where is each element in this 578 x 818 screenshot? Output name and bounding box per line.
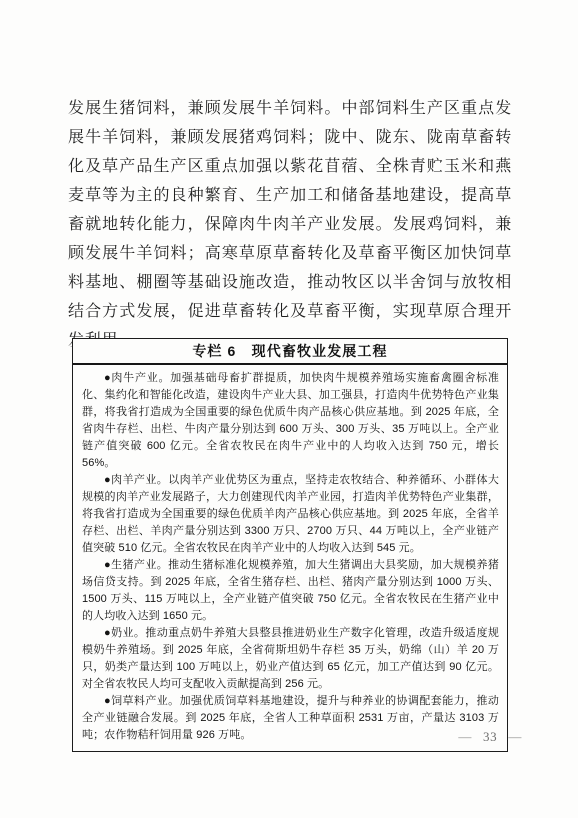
box-bullet-dairy-industry: ●奶业。推动重点奶牛养殖大县整县推进奶业生产数字化管理，改造升级适度规模奶牛养殖… xyxy=(82,625,499,693)
box-bullet-beef-cattle-industry: ●肉牛产业。加强基础母畜扩群提质，加快肉牛规模养殖场实施畜禽圈舍标准化、集约化和… xyxy=(82,370,499,472)
box-bullet-pig-industry: ●生猪产业。推动生猪标准化规模养殖，加大生猪调出大县奖励，加大规模养猪场信贷支持… xyxy=(82,557,499,625)
box-bullet-forage-industry: ●饲草料产业。加强优质饲草料基地建设，提升与种养业的协调配套能力，推动全产业链融… xyxy=(82,693,499,744)
feature-box: 专栏 6 现代畜牧业发展工程 ●肉牛产业。加强基础母畜扩群提质，加快肉牛规模养殖… xyxy=(72,338,508,752)
box-bullet-mutton-sheep-industry: ●肉羊产业。以肉羊产业优势区为重点，坚持走农牧结合、种养循环、小群体大规模的肉羊… xyxy=(82,472,499,557)
body-paragraph: 发展生猪饲料，兼顾发展牛羊饲料。中部饲料生产区重点发展牛羊饲料，兼顾发展猪鸡饲料… xyxy=(68,94,512,355)
footer-dash-right: — xyxy=(508,729,522,745)
page-number: 33 xyxy=(483,729,497,745)
feature-box-body: ●肉牛产业。加强基础母畜扩群提质，加快肉牛规模养殖场实施畜禽圈舍标准化、集约化和… xyxy=(73,365,507,751)
feature-box-title: 专栏 6 现代畜牧业发展工程 xyxy=(73,339,507,365)
page-footer: — 33 — xyxy=(458,729,522,745)
document-page: 发展生猪饲料，兼顾发展牛羊饲料。中部饲料生产区重点发展牛羊饲料，兼顾发展猪鸡饲料… xyxy=(0,0,578,818)
footer-dash-left: — xyxy=(458,729,472,745)
